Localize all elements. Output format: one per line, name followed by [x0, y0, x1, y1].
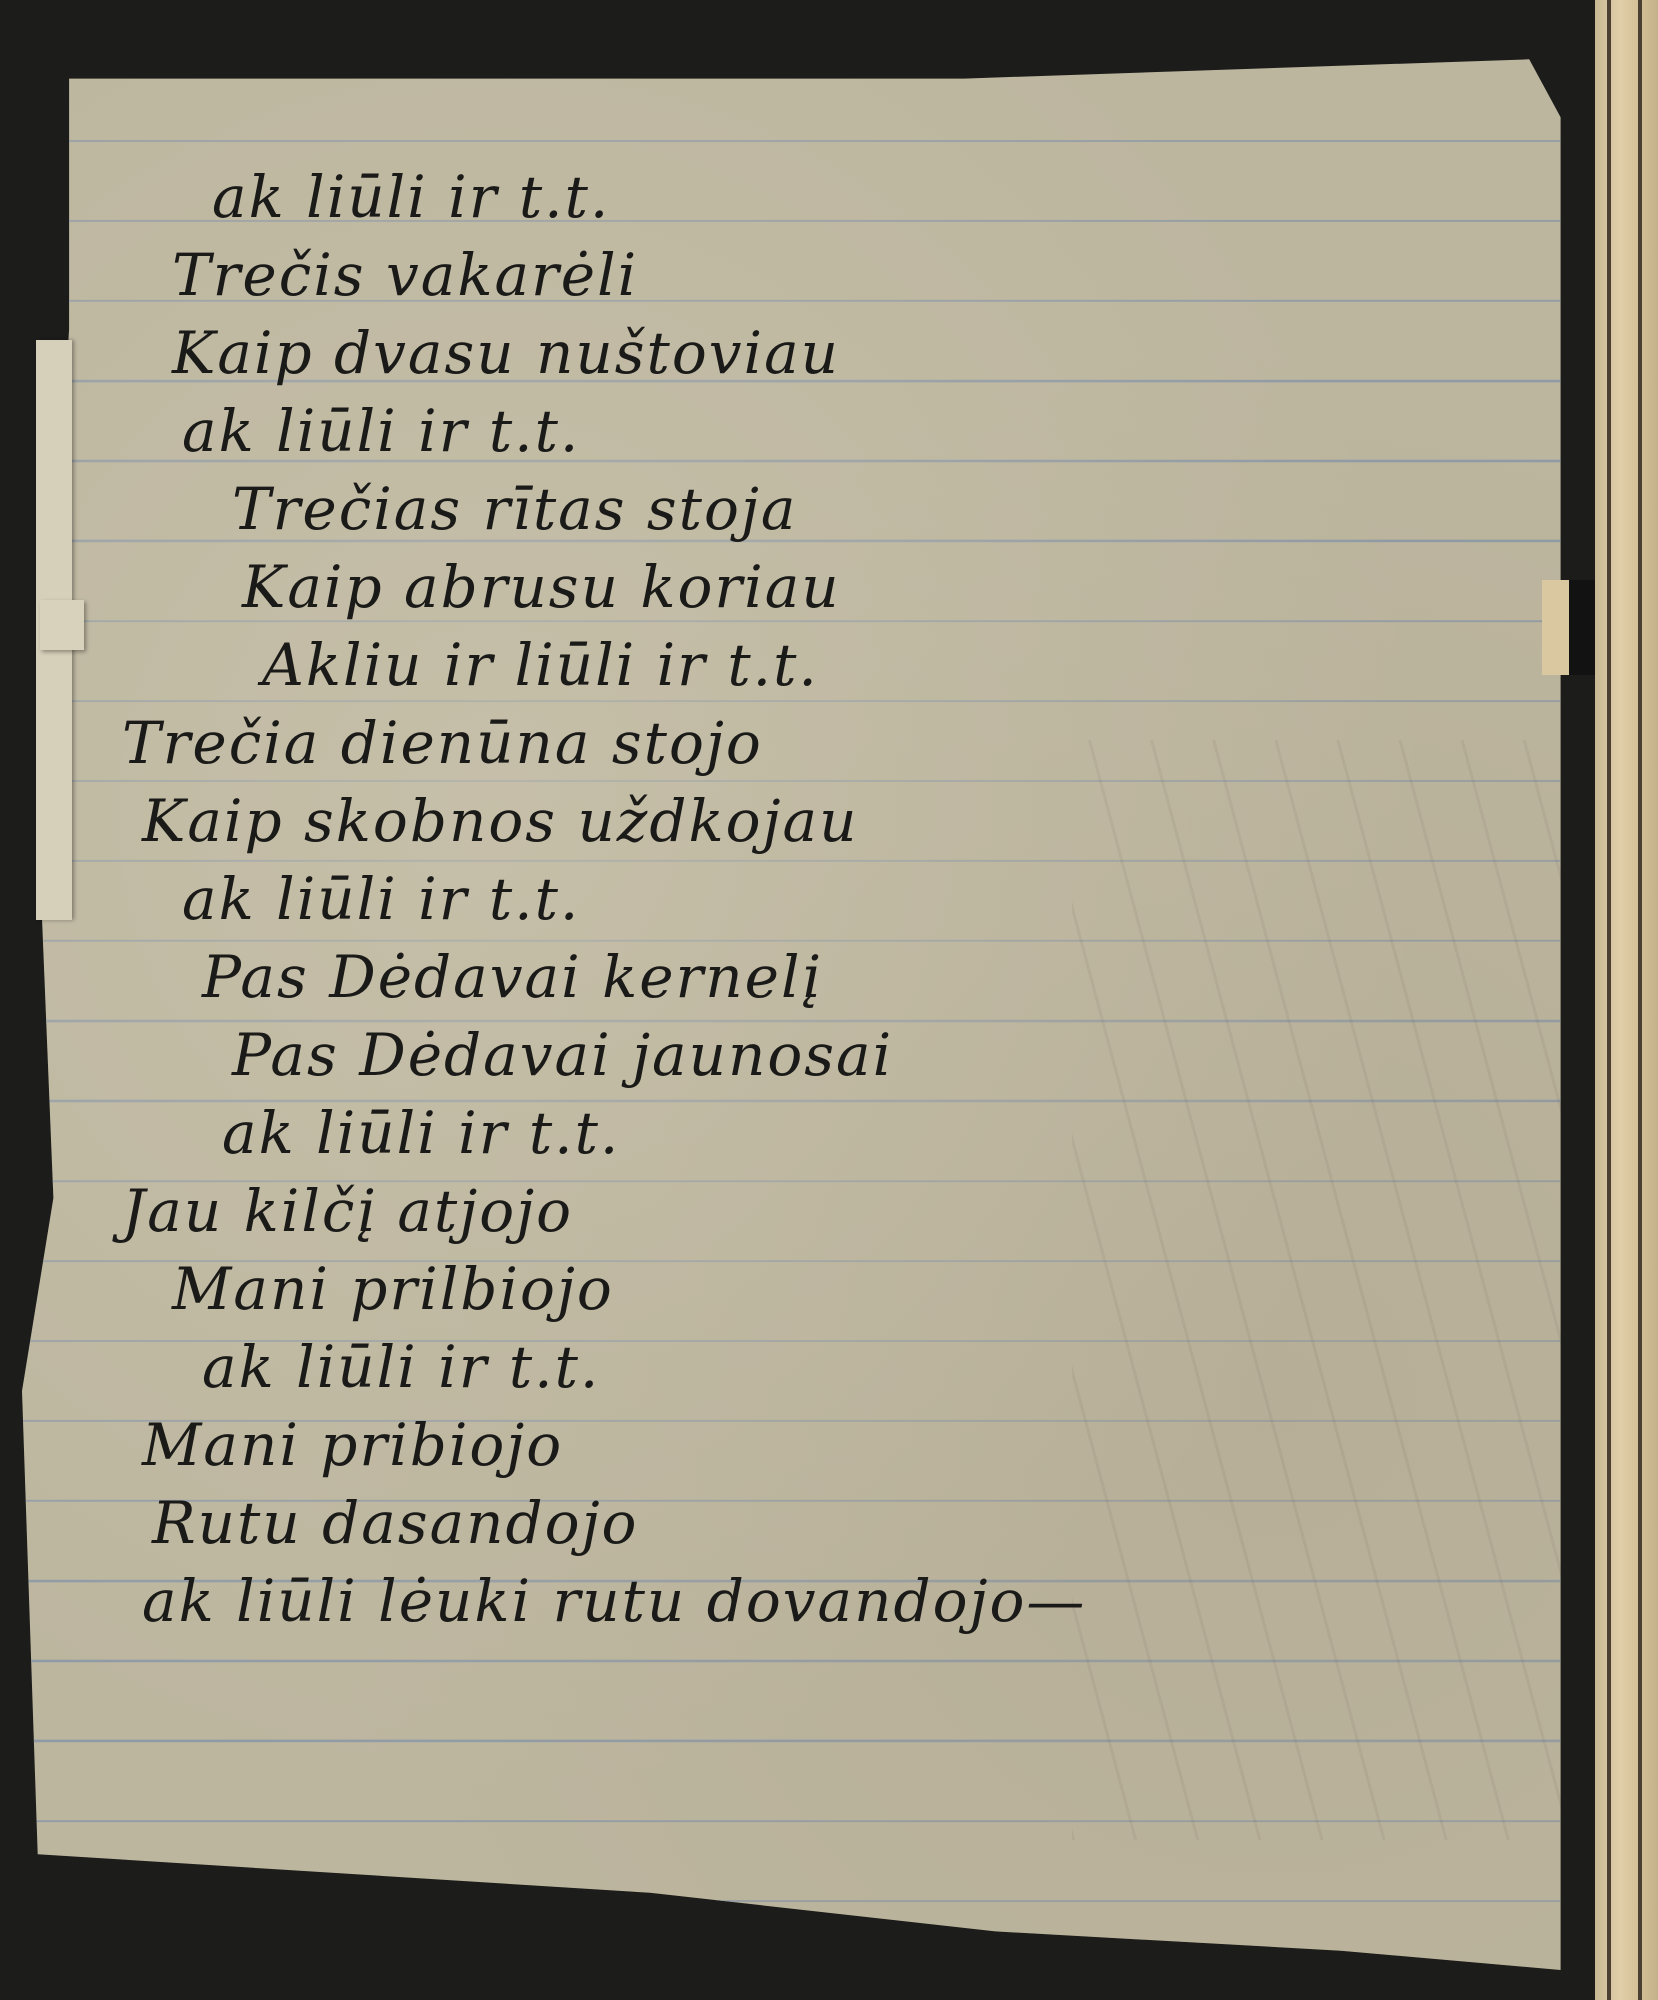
text-line-7: Akliu ir liūli ir t.t.	[122, 626, 1602, 704]
binding-tape	[1542, 580, 1602, 675]
notebook-spine	[1595, 0, 1658, 2000]
text-line-5: Trečias rītas stoja	[122, 470, 1602, 548]
text-line-6: Kaip abrusu koriau	[122, 548, 1602, 626]
text-line-8: Trečia dienūna stojo	[122, 704, 1602, 782]
text-line-4: ak liūli ir t.t.	[122, 392, 1602, 470]
text-line-19: ak liūli lėuki rutu dovandojo—	[122, 1562, 1602, 1640]
handwritten-text-block: ak liūli ir t.t. Trečis vakarėli Kaip dv…	[122, 158, 1602, 1640]
text-line-16: ak liūli ir t.t.	[122, 1328, 1602, 1406]
text-line-18: Rutu dasandojo	[122, 1484, 1602, 1562]
text-line-2: Trečis vakarėli	[122, 236, 1602, 314]
manuscript-page: ak liūli ir t.t. Trečis vakarėli Kaip dv…	[22, 40, 1592, 1970]
text-line-3: Kaip dvasu nuštoviau	[122, 314, 1602, 392]
text-line-1: ak liūli ir t.t.	[122, 158, 1602, 236]
spine-edge-line	[1638, 0, 1642, 2000]
text-line-14: Jau kilčį atjojo	[122, 1172, 1602, 1250]
text-line-12: Pas Dėdavai jaunosai	[122, 1016, 1602, 1094]
text-line-15: Mani prilbiojo	[122, 1250, 1602, 1328]
text-line-10: ak liūli ir t.t.	[122, 860, 1602, 938]
torn-paper-flap	[40, 600, 84, 650]
text-line-9: Kaip skobnos uždkojau	[122, 782, 1602, 860]
text-line-17: Mani pribiojo	[122, 1406, 1602, 1484]
text-line-11: Pas Dėdavai kernelį	[122, 938, 1602, 1016]
spine-edge-line	[1607, 0, 1611, 2000]
text-line-13: ak liūli ir t.t.	[122, 1094, 1602, 1172]
